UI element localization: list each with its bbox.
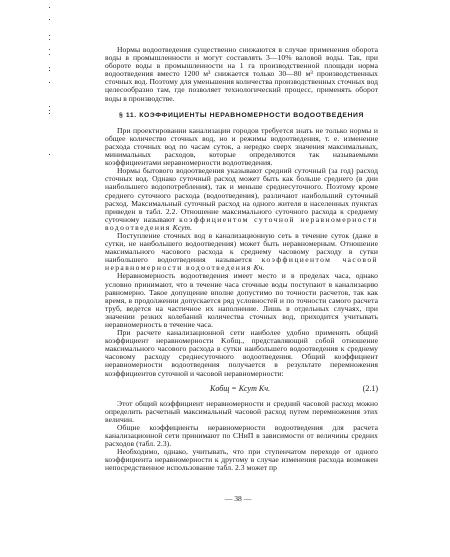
paragraph-hourly-irregularity: Поступление сточных вод в канализационну…	[105, 232, 378, 272]
paragraph-design-regimes: При проектировании канализации городов т…	[105, 127, 378, 167]
paragraph-daily-irregularity: Нормы бытового водоотведения указывают с…	[105, 167, 378, 232]
paragraph-snip: Общие коэффициенты неравномерности водоо…	[105, 424, 378, 448]
page-number: — 38 —	[13, 494, 450, 503]
equation-number: (2.1)	[363, 384, 378, 393]
paragraph-stepwise: Необходимо, однако, учитывать, что при с…	[105, 448, 378, 472]
scan-margin-artifacts	[49, 0, 53, 200]
paragraph-within-hour: Неравномерность водоотведения имеет мест…	[105, 272, 378, 329]
formula-2-1: Kобщ = Kсут Kч. (2.1)	[105, 384, 378, 393]
section-title: КОЭФФИЦИЕНТЫ НЕРАВНОМЕРНОСТИ ВОДООТВЕДЕН…	[139, 112, 364, 119]
paragraph-product: Этот общий коэффициент неравномерности и…	[105, 400, 378, 424]
paragraph-general-coefficient: При расчете канализационной сети наиболе…	[105, 329, 378, 378]
document-page: Нормы водоотведения существенно снижаютс…	[105, 46, 378, 473]
section-heading: § 11. КОЭФФИЦИЕНТЫ НЕРАВНОМЕРНОСТИ ВОДОО…	[105, 112, 378, 120]
intro-paragraph: Нормы водоотведения существенно снижаютс…	[105, 46, 378, 103]
formula-expression: Kобщ = Kсут Kч.	[210, 384, 270, 393]
section-number: § 11.	[119, 112, 137, 119]
